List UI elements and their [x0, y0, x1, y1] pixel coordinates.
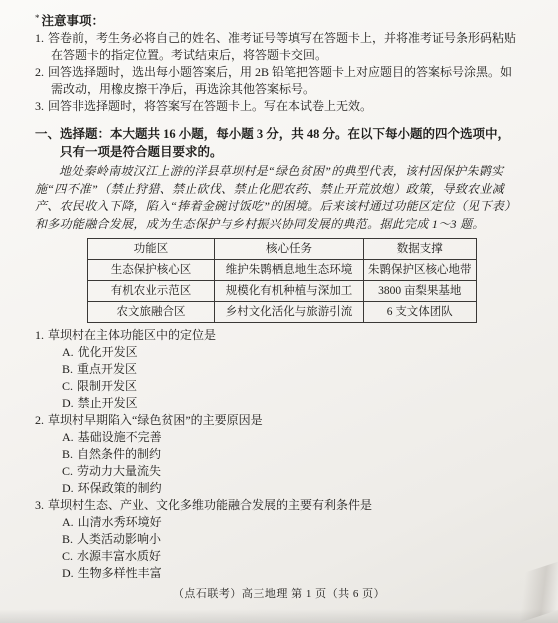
question-stem-text: 草坝村在主体功能区中的定位是: [48, 328, 216, 342]
table-header-cell: 功能区: [88, 239, 215, 260]
option-text: 水源丰富水质好: [77, 549, 161, 563]
question-stem: 2.草坝村早期陷入“绿色贫困”的主要原因是: [35, 412, 522, 429]
question-stem-text: 草坝村早期陷入“绿色贫困”的主要原因是: [48, 413, 263, 427]
table-row: 有机农业示范区 规模化有机种植与深加工 3800 亩梨果基地: [88, 281, 477, 302]
questions-section: 1.草坝村在主体功能区中的定位是 A.优化开发区 B.重点开发区 C.限制开发区…: [35, 327, 522, 582]
option-label: A.: [62, 515, 74, 529]
option-label: B.: [62, 447, 73, 461]
option-c: C.限制开发区: [62, 378, 522, 395]
notice-title: *注意事项：: [35, 10, 522, 30]
notice-section: *注意事项： 1.答卷前，考生务必将自己的姓名、准考证号等填写在答题卡上，并将准…: [35, 10, 522, 115]
option-text: 劳动力大量流失: [77, 464, 161, 478]
notice-item-text: 答卷前，考生务必将自己的姓名、准考证号等填写在答题卡上，并将准考证号条形码粘贴在…: [48, 31, 516, 62]
option-c: C.劳动力大量流失: [62, 463, 522, 480]
option-a: A.优化开发区: [62, 344, 522, 361]
option-b: B.自然条件的制约: [62, 446, 522, 463]
option-a: A.基础设施不完善: [62, 429, 522, 446]
option-text: 人类活动影响小: [77, 532, 161, 546]
question-number: 1.: [35, 328, 44, 342]
option-label: D.: [62, 481, 74, 495]
table-cell: 维护朱鹮栖息地生态环境: [215, 260, 364, 281]
option-text: 限制开发区: [77, 379, 137, 393]
notice-item-3: 3.回答非选择题时，将答案写在答题卡上。写在本试卷上无效。: [35, 98, 522, 115]
star-mark: *: [35, 13, 40, 23]
option-text: 自然条件的制约: [77, 447, 161, 461]
table-cell: 乡村文化活化与旅游引流: [215, 302, 364, 323]
table-header-cell: 数据支撑: [364, 239, 477, 260]
table-header-cell: 核心任务: [215, 239, 364, 260]
option-d: D.禁止开发区: [62, 395, 522, 412]
notice-title-text: 注意事项：: [42, 14, 105, 28]
notice-item-number: 2.: [35, 65, 44, 79]
table-cell: 3800 亩梨果基地: [364, 281, 477, 302]
notice-item-2: 2.回答选择题时，选出每小题答案后，用 2B 铅笔把答题卡上对应题目的答案标号涂…: [35, 64, 522, 98]
option-c: C.水源丰富水质好: [62, 548, 522, 565]
option-label: A.: [62, 430, 74, 444]
table-cell: 生态保护核心区: [88, 260, 215, 281]
page-footer: （点石联考）高三地理 第 1 页（共 6 页）: [0, 585, 558, 601]
notice-item-1: 1.答卷前，考生务必将自己的姓名、准考证号等填写在答题卡上，并将准考证号条形码粘…: [35, 30, 522, 64]
option-label: B.: [62, 532, 73, 546]
question-2: 2.草坝村早期陷入“绿色贫困”的主要原因是 A.基础设施不完善 B.自然条件的制…: [35, 412, 522, 497]
option-text: 生物多样性丰富: [78, 566, 162, 580]
notice-item-text: 回答非选择题时，将答案写在答题卡上。写在本试卷上无效。: [48, 99, 372, 113]
option-label: C.: [62, 549, 73, 563]
table-cell: 农文旅融合区: [88, 302, 215, 323]
table-cell: 6 支文体团队: [364, 302, 477, 323]
table-row: 农文旅融合区 乡村文化活化与旅游引流 6 支文体团队: [88, 302, 477, 323]
question-stem-text: 草坝村生态、产业、文化多维功能融合发展的主要有利条件是: [48, 498, 372, 512]
option-b: B.人类活动影响小: [62, 531, 522, 548]
option-text: 禁止开发区: [78, 396, 138, 410]
option-d: D.环保政策的制约: [62, 480, 522, 497]
option-a: A.山清水秀环境好: [62, 514, 522, 531]
table-cell: 有机农业示范区: [88, 281, 215, 302]
table-row: 生态保护核心区 维护朱鹮栖息地生态环境 朱鹮保护区核心地带: [88, 260, 477, 281]
table-cell: 规模化有机种植与深加工: [215, 281, 364, 302]
question-stem: 3.草坝村生态、产业、文化多维功能融合发展的主要有利条件是: [35, 497, 522, 514]
option-b: B.重点开发区: [62, 361, 522, 378]
option-label: A.: [62, 345, 74, 359]
section-heading: 一、选择题：本大题共 16 小题，每小题 3 分，共 48 分。在以下每小题的四…: [35, 125, 522, 161]
option-label: D.: [62, 396, 74, 410]
table-cell: 朱鹮保护区核心地带: [364, 260, 477, 281]
option-text: 环保政策的制约: [78, 481, 162, 495]
question-number: 2.: [35, 413, 44, 427]
option-label: B.: [62, 362, 73, 376]
question-number: 3.: [35, 498, 44, 512]
option-text: 重点开发区: [77, 362, 137, 376]
notice-item-number: 3.: [35, 99, 44, 113]
function-zone-table: 功能区 核心任务 数据支撑 生态保护核心区 维护朱鹮栖息地生态环境 朱鹮保护区核…: [87, 238, 477, 323]
table-header-row: 功能区 核心任务 数据支撑: [88, 239, 477, 260]
notice-item-number: 1.: [35, 31, 44, 45]
option-label: D.: [62, 566, 74, 580]
option-d: D.生物多样性丰富: [62, 565, 522, 582]
option-label: C.: [62, 379, 73, 393]
option-text: 优化开发区: [78, 345, 138, 359]
question-3: 3.草坝村生态、产业、文化多维功能融合发展的主要有利条件是 A.山清水秀环境好 …: [35, 497, 522, 582]
option-text: 基础设施不完善: [78, 430, 162, 444]
notice-item-text: 回答选择题时，选出每小题答案后，用 2B 铅笔把答题卡上对应题目的答案标号涂黑。…: [48, 65, 512, 96]
intro-passage: 地处秦岭南坡汉江上游的洋县草坝村是“绿色贫困”的典型代表，该村因保护朱鹮实施“四…: [35, 163, 522, 233]
option-text: 山清水秀环境好: [78, 515, 162, 529]
option-label: C.: [62, 464, 73, 478]
question-1: 1.草坝村在主体功能区中的定位是 A.优化开发区 B.重点开发区 C.限制开发区…: [35, 327, 522, 412]
exam-page: *注意事项： 1.答卷前，考生务必将自己的姓名、准考证号等填写在答题卡上，并将准…: [0, 0, 558, 623]
question-stem: 1.草坝村在主体功能区中的定位是: [35, 327, 522, 344]
